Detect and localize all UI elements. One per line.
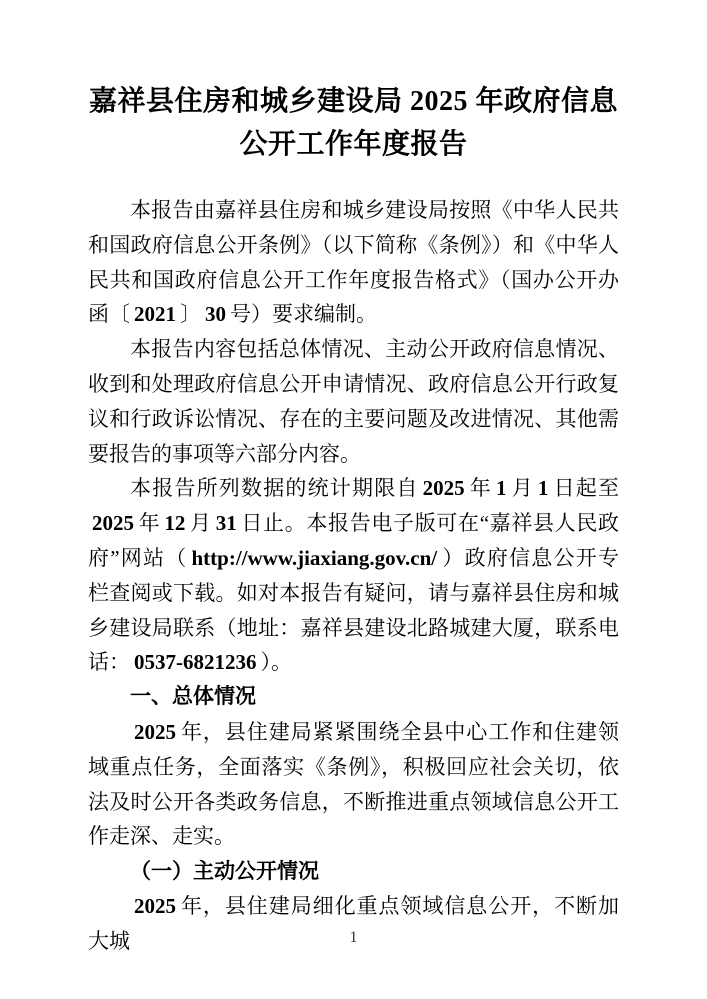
document-page: 嘉祥县住房和城乡建设局 2025 年政府信息 公开工作年度报告 本报告由嘉祥县住… — [0, 0, 707, 999]
paragraph-statistics-period-contact: 本报告所列数据的统计期限自2025年1月1日起至2025年12月31日止。本报告… — [88, 471, 619, 680]
document-title: 嘉祥县住房和城乡建设局 2025 年政府信息 公开工作年度报告 — [88, 80, 619, 166]
paragraph-active-disclosure: 2025年，县住建局细化重点领域信息公开，不断加大城 — [88, 889, 619, 959]
section-heading-overall-situation: 一、总体情况 — [88, 680, 619, 715]
paragraph-report-basis: 本报告由嘉祥县住房和城乡建设局按照《中华人民共和国政府信息公开条例》（以下简称《… — [88, 193, 619, 332]
paragraph-report-contents: 本报告内容包括总体情况、主动公开政府信息情况、收到和处理政府信息公开申请情况、政… — [88, 332, 619, 471]
page-number: 1 — [0, 929, 707, 947]
document-title-line-1: 嘉祥县住房和城乡建设局 2025 年政府信息 — [88, 80, 619, 123]
paragraph-overall-situation: 2025年，县住建局紧紧围绕全县中心工作和住建领域重点任务，全面落实《条例》，积… — [88, 715, 619, 854]
document-title-line-2: 公开工作年度报告 — [88, 123, 619, 166]
subsection-heading-active-disclosure: （一）主动公开情况 — [88, 854, 619, 889]
